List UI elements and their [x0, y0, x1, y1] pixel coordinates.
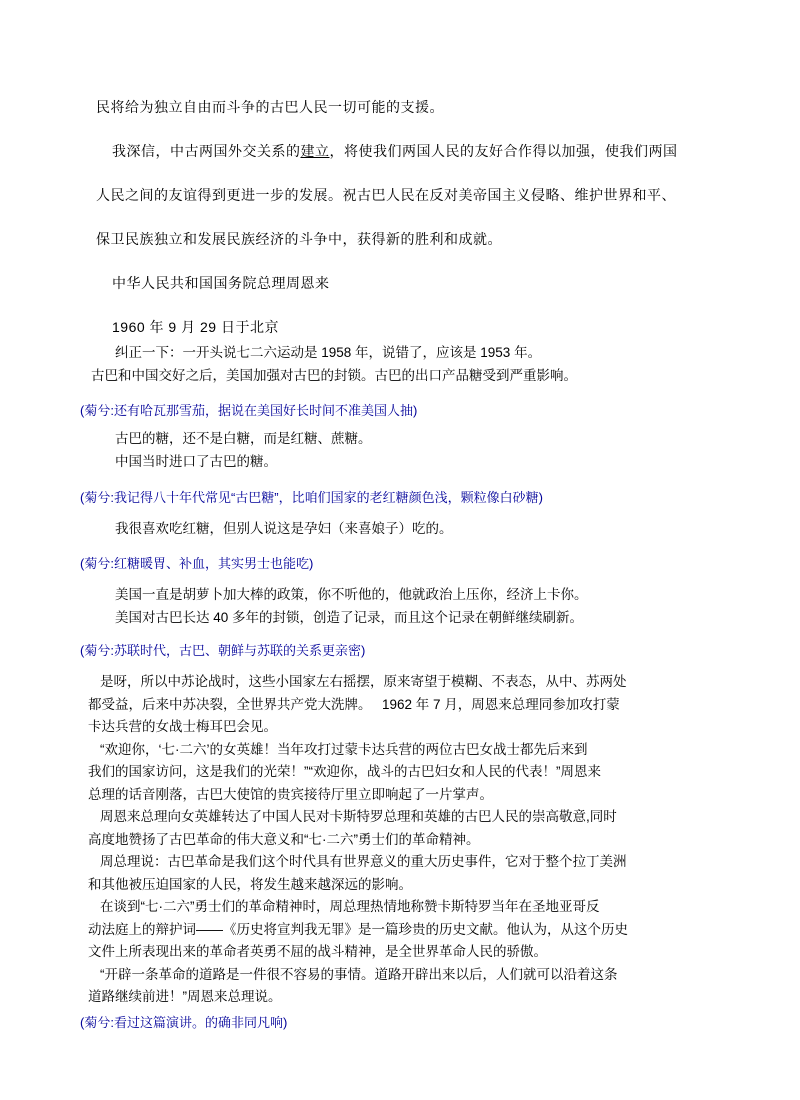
story-line: 和其他被压迫国家的人民，将发生越来越深远的影响。: [88, 874, 730, 897]
story-line: 总理的话音刚落，古巴大使馆的贵宾接待厅里立即响起了一片掌声。: [88, 784, 730, 807]
story-line: 动法庭上的辩护词——《历史将宣判我无罪》是一篇珍贵的历史文献。他认为，从这个历史: [88, 919, 730, 942]
body-line: 古巴的糖，还不是白糖，而是红糖、蔗糖。: [115, 427, 730, 450]
letter-line: 保卫民族独立和发展民族经济的斗争中，获得新的胜利和成就。: [96, 217, 730, 261]
letter-line: 民将给为独立自由而斗争的古巴人民一切可能的支援。: [96, 85, 730, 129]
commenter-remark: (菊兮:苏联时代，古巴、朝鲜与苏联的关系更亲密): [80, 639, 730, 662]
body-line: 我很喜欢吃红糖，但别人说这是孕妇（来喜娘子）吃的。: [115, 517, 730, 540]
story-line: 在谈到“七·二六”勇士们的革命精神时，周总理热情地称赞卡斯特罗当年在圣地亚哥反: [100, 896, 730, 919]
story-line: “欢迎你，‘七·二六’的女英雄！当年攻打过蒙卡达兵营的两位古巴女战士都先后来到: [100, 739, 730, 762]
story-line: 周恩来总理向女英雄转达了中国人民对卡斯特罗总理和英雄的古巴人民的崇高敬意,同时: [100, 806, 730, 829]
letter-signature: 中华人民共和国国务院总理周恩来: [112, 261, 730, 305]
story-line: 是呀，所以中苏论战时，这些小国家左右摇摆，原来寄望于模糊、不表态，从中、苏两处: [100, 671, 730, 694]
comment-line: (菊兮:我记得八十年代常见“古巴糖”，比咱们国家的老红糖颜色浅，颗粒像白砂糖): [80, 486, 730, 509]
note-blockade: 古巴和中国交好之后，美国加强对古巴的封锁。古巴的出口产品糖受到严重影响。: [91, 364, 730, 387]
document-page: 民将给为独立自由而斗争的古巴人民一切可能的支援。 我深信，中古两国外交关系的建立…: [0, 0, 800, 1034]
us-policy-paragraph: 美国一直是胡萝卜加大棒的政策，你不听他的，他就政治上压你，经济上卡你。 美国对古…: [80, 583, 730, 629]
story-line: 都受益，后来中苏决裂，全世界共产党大洗牌。 1962 年 7 月，周恩来总理同参…: [88, 694, 730, 717]
commenter-remark: (菊兮:我记得八十年代常见“古巴糖”，比咱们国家的老红糖颜色浅，颗粒像白砂糖): [80, 486, 730, 509]
underlined-text: 建立: [301, 143, 330, 159]
commenter-remark: (菊兮:红糖暖胃、补血，其实男士也能吃): [80, 552, 730, 575]
commenter-remark: (菊兮:看过这篇演讲。的确非同凡响): [80, 1011, 730, 1034]
body-line: 中国当时进口了古巴的糖。: [115, 450, 730, 473]
poster-notes-section: 纠正一下：一开头说七二六运动是 1958 年，说错了，应该是 1953 年。 古…: [80, 341, 730, 387]
letter-line-text: 我深信，中古两国外交关系的: [112, 143, 301, 159]
body-line: 美国一直是胡萝卜加大棒的政策，你不听他的，他就政治上压你，经济上卡你。: [115, 583, 730, 606]
letter-closing-section: 民将给为独立自由而斗争的古巴人民一切可能的支援。 我深信，中古两国外交关系的建立…: [80, 85, 730, 349]
comment-line: (菊兮:还有哈瓦那雪茄，据说在美国好长时间不准美国人抽): [80, 399, 730, 422]
comment-line: (菊兮:看过这篇演讲。的确非同凡响): [80, 1011, 730, 1034]
story-line: 高度地赞扬了古巴革命的伟大意义和“七·二六”勇士们的革命精神。: [88, 829, 730, 852]
story-line: 文件上所表现出来的革命者英勇不屈的战斗精神，是全世界革命人民的骄傲。: [88, 941, 730, 964]
story-line: 我们的国家访问，这是我们的光荣！”“欢迎你，战斗的古巴妇女和人民的代表！”周恩来: [88, 761, 730, 784]
story-line: 卡达兵营的女战士梅耳巴会见。: [88, 716, 730, 739]
story-line: 道路继续前进！”周恩来总理说。: [88, 986, 730, 1009]
brown-sugar-paragraph: 我很喜欢吃红糖，但别人说这是孕妇（来喜娘子）吃的。: [80, 517, 730, 540]
comment-line: (菊兮:苏联时代，古巴、朝鲜与苏联的关系更亲密): [80, 639, 730, 662]
story-line: 周总理说：古巴革命是我们这个时代具有世界意义的重大历史事件，它对于整个拉丁美洲: [100, 851, 730, 874]
story-line: “开辟一条革命的道路是一件很不容易的事情。道路开辟出来以后，人们就可以沿着这条: [100, 964, 730, 987]
zhou-enlai-story-paragraph: 是呀，所以中苏论战时，这些小国家左右摇摆，原来寄望于模糊、不表态，从中、苏两处 …: [80, 671, 730, 1009]
sugar-paragraph: 古巴的糖，还不是白糖，而是红糖、蔗糖。 中国当时进口了古巴的糖。: [80, 427, 730, 473]
note-correction: 纠正一下：一开头说七二六运动是 1958 年，说错了，应该是 1953 年。: [115, 341, 730, 364]
body-line: 美国对古巴长达 40 多年的封锁，创造了记录，而且这个记录在朝鲜继续刷新。: [115, 606, 730, 629]
letter-line: 人民之间的友谊得到更进一步的发展。祝古巴人民在反对美帝国主义侵略、维护世界和平、: [96, 173, 730, 217]
commenter-remark: (菊兮:还有哈瓦那雪茄，据说在美国好长时间不准美国人抽): [80, 399, 730, 422]
comment-line: (菊兮:红糖暖胃、补血，其实男士也能吃): [80, 552, 730, 575]
letter-line-text: ，将使我们两国人民的友好合作得以加强，使我们两国: [330, 143, 678, 159]
letter-line: 我深信，中古两国外交关系的建立，将使我们两国人民的友好合作得以加强，使我们两国: [112, 129, 730, 173]
